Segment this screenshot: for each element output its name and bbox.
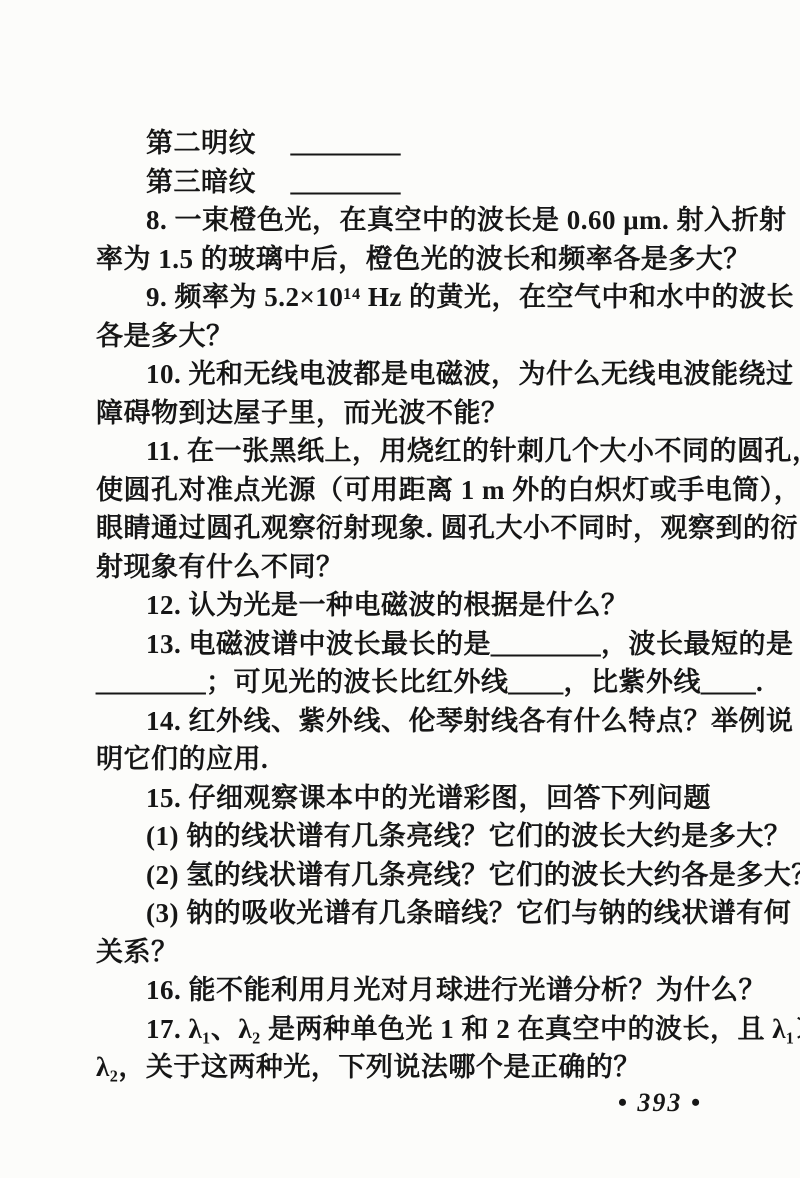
- text-line: (3) 钠的吸收光谱有几条暗线？它们与钠的线状谱有何: [0, 894, 800, 933]
- text-line: 17. λ₁、λ₂ 是两种单色光 1 和 2 在真空中的波长，且 λ₁＞: [0, 1010, 800, 1049]
- text-line: 率为 1.5 的玻璃中后，橙色光的波长和频率各是多大？: [0, 240, 800, 279]
- text-line: 明它们的应用.: [0, 740, 800, 779]
- text-line: 第三暗纹 ＿＿＿＿: [0, 163, 800, 202]
- text-line: λ₂，关于这两种光，下列说法哪个是正确的？: [0, 1048, 800, 1087]
- text-line: 使圆孔对准点光源（可用距离 1 m 外的白炽灯或手电筒），用: [0, 471, 800, 510]
- text-line: 眼睛通过圆孔观察衍射现象. 圆孔大小不同时，观察到的衍: [0, 509, 800, 548]
- page-number: • 393 •: [618, 1088, 702, 1118]
- book-page: 第二明纹 ＿＿＿＿ 第三暗纹 ＿＿＿＿ 8. 一束橙色光，在真空中的波长是 0.…: [0, 0, 800, 1178]
- text-line: 8. 一束橙色光，在真空中的波长是 0.60 μm. 射入折射: [0, 201, 800, 240]
- text-line: 16. 能不能利用月光对月球进行光谱分析？为什么？: [0, 971, 800, 1010]
- text-line: (2) 氢的线状谱有几条亮线？它们的波长大约各是多大？: [0, 856, 800, 895]
- text-line: 11. 在一张黑纸上，用烧红的针刺几个大小不同的圆孔，: [0, 432, 800, 471]
- text-line: 射现象有什么不同？: [0, 548, 800, 587]
- text-line: 各是多大？: [0, 317, 800, 356]
- text-line: 障碍物到达屋子里，而光波不能？: [0, 394, 800, 433]
- text-line: 9. 频率为 5.2×10¹⁴ Hz 的黄光，在空气中和水中的波长: [0, 278, 800, 317]
- text-line: 关系？: [0, 933, 800, 972]
- text-line: 15. 仔细观察课本中的光谱彩图，回答下列问题: [0, 779, 800, 818]
- exercise-text-block: 第二明纹 ＿＿＿＿ 第三暗纹 ＿＿＿＿ 8. 一束橙色光，在真空中的波长是 0.…: [0, 124, 800, 1087]
- text-line: 第二明纹 ＿＿＿＿: [0, 124, 800, 163]
- text-line: 10. 光和无线电波都是电磁波，为什么无线电波能绕过: [0, 355, 800, 394]
- text-line: ＿＿＿＿；可见光的波长比红外线＿＿，比紫外线＿＿.: [0, 663, 800, 702]
- text-line: (1) 钠的线状谱有几条亮线？它们的波长大约是多大？: [0, 817, 800, 856]
- text-line: 14. 红外线、紫外线、伦琴射线各有什么特点？举例说: [0, 702, 800, 741]
- text-line: 13. 电磁波谱中波长最长的是＿＿＿＿，波长最短的是: [0, 625, 800, 664]
- text-line: 12. 认为光是一种电磁波的根据是什么？: [0, 586, 800, 625]
